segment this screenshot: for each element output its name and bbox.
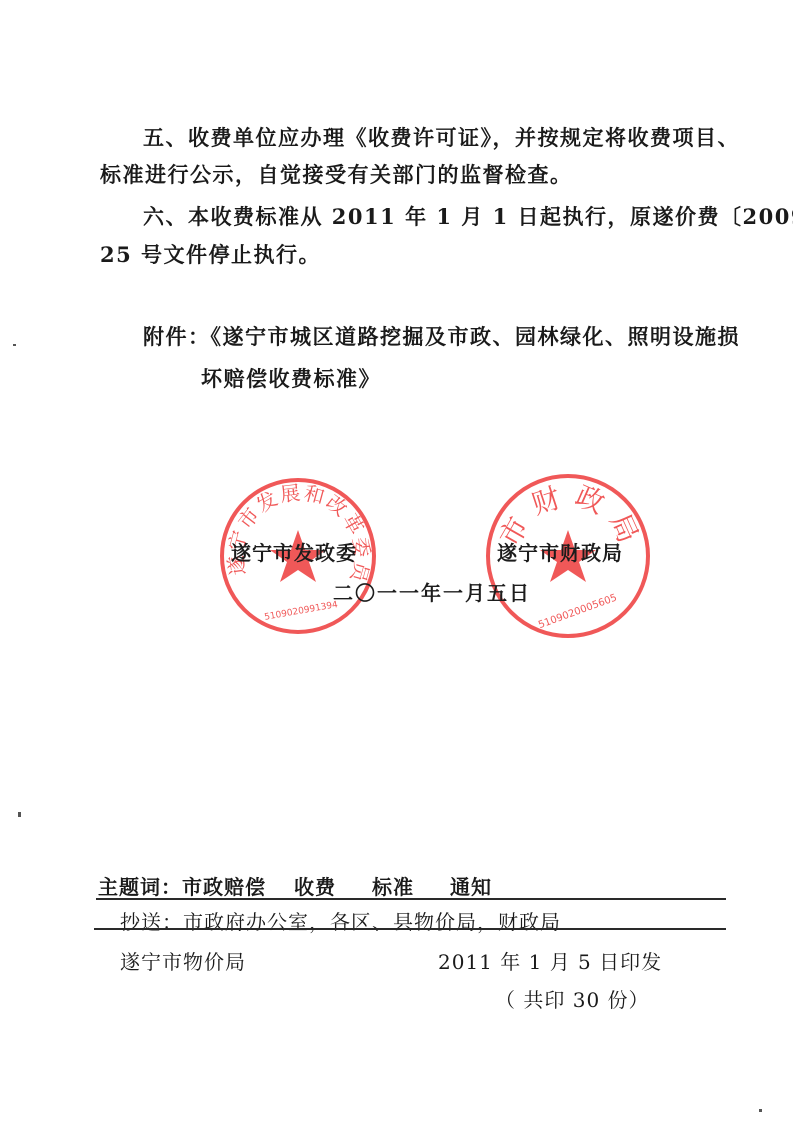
svg-text:5109020991394: 5109020991394	[264, 600, 339, 623]
keywords-label: 主题词：	[98, 875, 182, 899]
issuer-finance-bureau: 遂宁市财政局	[497, 537, 623, 566]
paragraph-6-line-1: 六、本收费标准从 2011 年 1 月 1 日起执行，原遂价费〔2009〕	[143, 205, 793, 229]
attachment-line-1: 附件：《遂宁市城区道路挖掘及市政、园林绿化、照明设施损	[143, 325, 740, 349]
issuer-development-reform-commission: 遂宁市发政委	[231, 537, 357, 566]
keyword: 市政赔偿	[182, 875, 266, 899]
attachment-title: 《遂宁市城区道路挖掘及市政、园林绿化、照明设施损	[211, 324, 741, 349]
signature-date: 二〇一一年一月五日	[333, 577, 531, 606]
svg-text:5109020005605: 5109020005605	[537, 592, 618, 631]
keyword: 收费	[294, 875, 336, 899]
attachment-line-2: 坏赔偿收费标准》	[201, 367, 381, 391]
divider	[94, 928, 726, 930]
scan-mark	[18, 812, 21, 817]
keyword: 通知	[450, 875, 492, 899]
issuing-office: 遂宁市物价局	[120, 946, 246, 975]
keyword: 标准	[372, 875, 414, 899]
attachment-label: 附件：	[143, 324, 211, 349]
paragraph-6-line-2: 25 号文件停止执行。	[100, 243, 321, 267]
cc-label: 抄送：	[120, 910, 183, 934]
paragraph-5-line-1: 五、收费单位应办理《收费许可证》，并按规定将收费项目、	[143, 126, 740, 150]
issue-date: 2011 年 1 月 5 日印发	[438, 946, 662, 975]
paragraph-5-line-2: 标准进行公示，自觉接受有关部门的监督检查。	[100, 163, 573, 187]
cc-row: 抄送：市政府办公室，各区、县物价局，财政局	[120, 906, 561, 935]
copies-count: （ 共印 30 份）	[495, 984, 650, 1013]
divider	[96, 898, 726, 900]
scan-mark	[759, 1109, 762, 1112]
cc-recipients: 市政府办公室，各区、县物价局，财政局	[183, 910, 561, 934]
scan-mark	[13, 344, 16, 346]
keywords-row: 主题词：市政赔偿收费标准通知	[98, 871, 492, 900]
